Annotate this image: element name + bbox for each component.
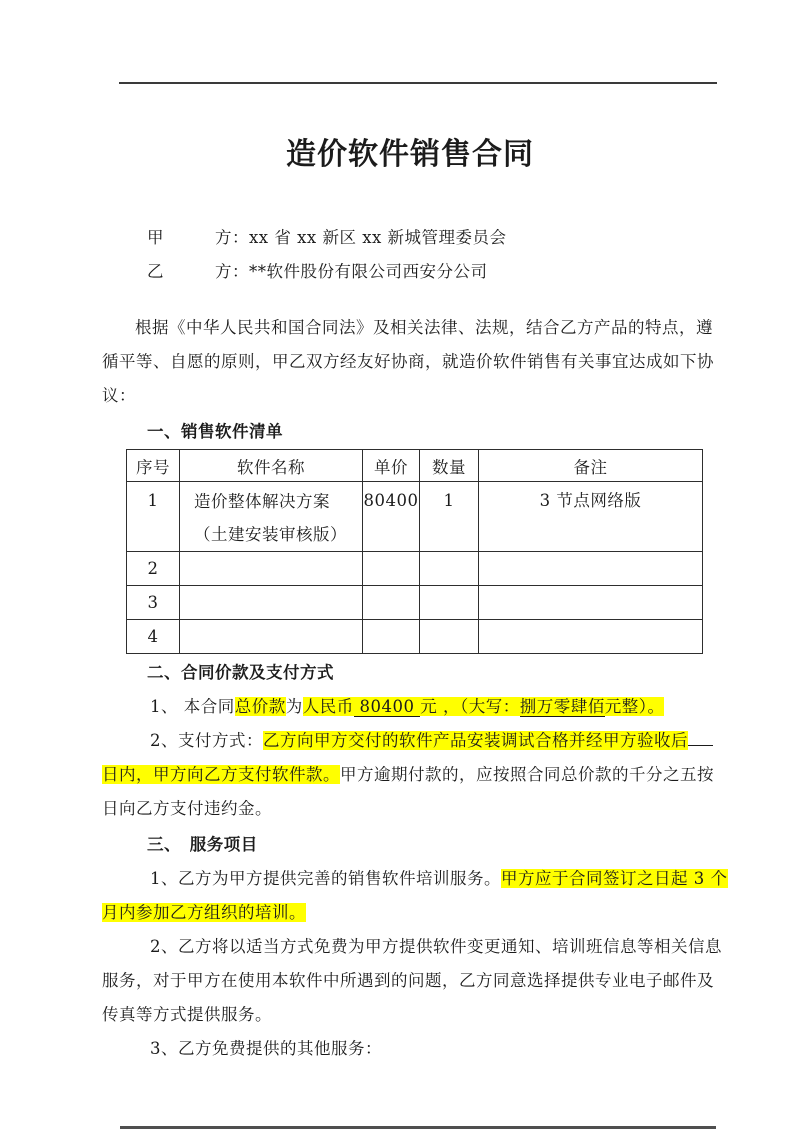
- body-line: 1、乙方为甲方提供完善的销售软件培训服务。甲方应于合同签订之日起 3 个: [102, 862, 718, 896]
- section-heading: 一、销售软件清单: [102, 415, 718, 449]
- section-heading: 三、 服务项目: [102, 828, 718, 862]
- table-cell: [420, 586, 479, 620]
- table-cell-line: （土建安装审核版）: [194, 518, 362, 551]
- footer-rule: [120, 1126, 716, 1129]
- blank-underline: [688, 729, 713, 747]
- table-cell: [363, 552, 420, 586]
- software-table: 序号软件名称单价数量备注1造价整体解决方案（土建安装审核版）8040013 节点…: [126, 449, 703, 654]
- text-run: 日向乙方支付违约金。: [102, 799, 272, 818]
- section-heading: 二、合同价款及支付方式: [102, 656, 718, 690]
- text-run: 二、合同价款及支付方式: [147, 663, 334, 682]
- table-cell: 1: [127, 482, 180, 552]
- text-run: 1、乙方为甲方提供完善的销售软件培训服务。: [150, 869, 501, 888]
- table-row: 2: [127, 552, 703, 586]
- text-run: 甲方逾期付款的，应按照合同总价款的千分之五按: [340, 765, 714, 784]
- table-cell: 4: [127, 620, 180, 654]
- table-cell: [180, 552, 363, 586]
- table-cell: [479, 586, 703, 620]
- table-row: 3: [127, 586, 703, 620]
- body-line: 根据《中华人民共和国合同法》及相关法律、法规，结合乙方产品的特点，遵: [102, 311, 718, 345]
- text-run: 三、 服务项目: [147, 835, 258, 854]
- text-run: 甲 方：xx 省 xx 新区 xx 新城管理委员会: [147, 228, 507, 247]
- body-line: 月内参加乙方组织的培训。: [102, 896, 718, 930]
- table-cell: [420, 620, 479, 654]
- table-cell-line: 造价整体解决方案: [194, 485, 362, 518]
- table-cell: [363, 586, 420, 620]
- table-cell: [479, 552, 703, 586]
- text-run: 一、销售软件清单: [147, 422, 283, 441]
- party-line: 乙 方：**软件股份有限公司西安分公司: [147, 255, 718, 289]
- text-run: 3、乙方免费提供的其他服务：: [150, 1039, 382, 1058]
- highlighted-text: 月内参加乙方组织的培训。: [102, 903, 306, 922]
- text-run: 乙 方：**软件股份有限公司西安分公司: [147, 262, 488, 281]
- table-header-cell: 序号: [127, 450, 180, 482]
- table-header-row: 序号软件名称单价数量备注: [127, 450, 703, 482]
- table-cell: [180, 586, 363, 620]
- text-run: 1、 本合同: [150, 697, 235, 716]
- body-line: 2、支付方式：乙方向甲方交付的软件产品安装调试合格并经甲方验收后: [102, 724, 718, 758]
- highlighted-text: 乙方向甲方交付的软件产品安装调试合格并经甲方验收后: [263, 731, 688, 750]
- text-run: 传真等方式提供服务。: [102, 1005, 272, 1024]
- table-cell: [420, 552, 479, 586]
- body-line: 1、 本合同总价款为人民币 80400 元 ，（大写：捌万零肆佰元整）。: [102, 690, 718, 724]
- table-cell: 造价整体解决方案（土建安装审核版）: [180, 482, 363, 552]
- text-run: 循平等、自愿的原则，甲乙双方经友好协商，就造价软件销售有关事宜达成如下协: [102, 352, 714, 371]
- body-line: 循平等、自愿的原则，甲乙双方经友好协商，就造价软件销售有关事宜达成如下协: [102, 345, 718, 379]
- doc-title: 造价软件销售合同: [102, 130, 718, 180]
- table-cell: 80400: [363, 482, 420, 552]
- table-row: 1造价整体解决方案（土建安装审核版）8040013 节点网络版: [127, 482, 703, 552]
- body-line: 2、乙方将以适当方式免费为甲方提供软件变更通知、培训班信息等相关信息: [102, 930, 718, 964]
- text-run: 2、支付方式：: [150, 731, 263, 750]
- body-line: 日内，甲方向乙方支付软件款。甲方逾期付款的，应按照合同总价款的千分之五按: [102, 758, 718, 792]
- highlighted-text: 80400: [354, 697, 420, 717]
- table-header-cell: 数量: [420, 450, 479, 482]
- body-line: 服务，对于甲方在使用本软件中所遇到的问题，乙方同意选择提供专业电子邮件及: [102, 964, 718, 998]
- page-content: 造价软件销售合同 甲 方：xx 省 xx 新区 xx 新城管理委员会乙 方：**…: [102, 0, 718, 1066]
- table-cell: [479, 620, 703, 654]
- text-run: 服务，对于甲方在使用本软件中所遇到的问题，乙方同意选择提供专业电子邮件及: [102, 971, 714, 990]
- body-line: 3、乙方免费提供的其他服务：: [102, 1032, 718, 1066]
- text-run: 根据《中华人民共和国合同法》及相关法律、法规，结合乙方产品的特点，遵: [135, 318, 713, 337]
- table-cell: 3 节点网络版: [479, 482, 703, 552]
- table-header-cell: 软件名称: [180, 450, 363, 482]
- table-cell: 1: [420, 482, 479, 552]
- highlighted-text: 元整）。: [605, 697, 665, 716]
- party-line: 甲 方：xx 省 xx 新区 xx 新城管理委员会: [147, 221, 718, 255]
- text-run: 2、乙方将以适当方式免费为甲方提供软件变更通知、培训班信息等相关信息: [150, 937, 722, 956]
- table-row: 4: [127, 620, 703, 654]
- text-run: 为: [286, 697, 303, 716]
- text-run: 议：: [102, 386, 136, 405]
- body-line: 议：: [102, 379, 718, 413]
- highlighted-text: 捌万零肆佰: [520, 697, 605, 717]
- contract-document-page: 造价软件销售合同 甲 方：xx 省 xx 新区 xx 新城管理委员会乙 方：**…: [0, 0, 800, 1132]
- highlighted-text: 总价款: [235, 697, 286, 716]
- table-header-cell: 单价: [363, 450, 420, 482]
- body-line: 传真等方式提供服务。: [102, 998, 718, 1032]
- highlighted-text: 甲方应于合同签订之日起 3 个: [501, 869, 728, 888]
- body-line: 日向乙方支付违约金。: [102, 792, 718, 826]
- table-header-cell: 备注: [479, 450, 703, 482]
- doc-flow: 甲 方：xx 省 xx 新区 xx 新城管理委员会乙 方：**软件股份有限公司西…: [102, 221, 718, 1066]
- table-cell: 2: [127, 552, 180, 586]
- highlighted-text: 日内，甲方向乙方支付软件款。: [102, 765, 340, 784]
- table-cell: [180, 620, 363, 654]
- highlighted-text: 元 ，（大写：: [420, 697, 520, 716]
- table-cell: 3: [127, 586, 180, 620]
- table-cell: [363, 620, 420, 654]
- highlighted-text: 人民币: [303, 697, 354, 716]
